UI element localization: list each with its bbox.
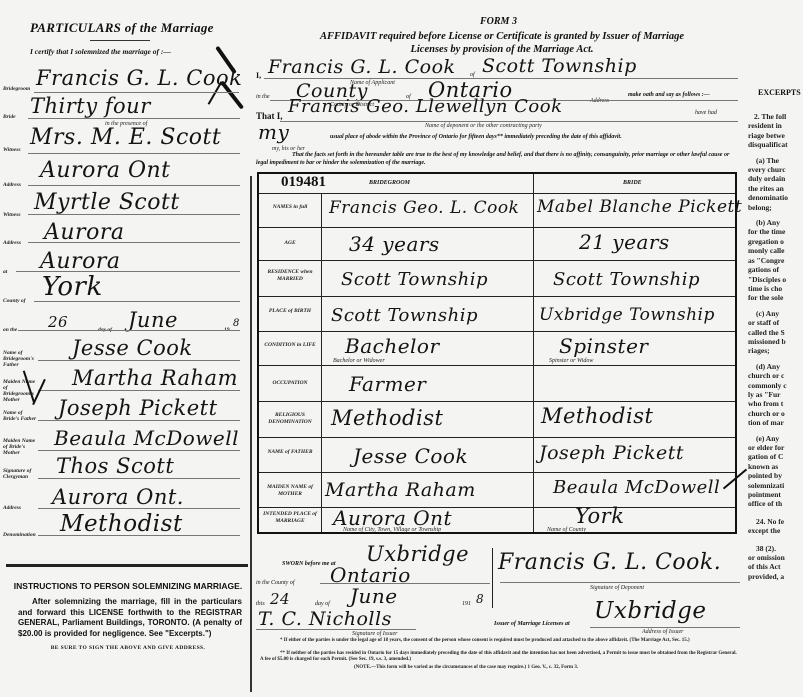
bride-father-value: Joseph Pickett <box>58 396 218 420</box>
excerpt-line: every churc <box>748 165 803 174</box>
issuer-signature: T. C. Nicholls <box>258 608 392 630</box>
bride-cell: Beaula McDowell <box>553 477 720 498</box>
bride-cell: York <box>575 504 624 528</box>
year-suffix: 8 <box>476 592 484 606</box>
clergyman-signature-value: Thos Scott <box>56 454 174 478</box>
label-at: at <box>3 269 37 275</box>
serial-number: 019481 <box>281 174 326 191</box>
excerpt-line: church or c <box>748 371 803 380</box>
excerpt-line: 2. The foll <box>748 112 803 121</box>
issuer-label: Issuer of Marriage Licenses at <box>494 621 570 627</box>
label-clergyman-address: Address <box>3 505 37 511</box>
excerpt-line: (a) The <box>748 156 803 165</box>
address-caption: Address <box>590 98 609 104</box>
excerpt-line: denominatio <box>748 193 803 202</box>
bride-age-value: Thirty four <box>30 94 151 118</box>
label-clergyman-signature: Signature of Clergyman <box>3 468 37 480</box>
issuer-address-value: Uxbridge <box>594 598 707 624</box>
table-row: NAME of FATHER Jesse Cook Joseph Pickett <box>259 437 735 472</box>
row-label: RESIDENCE when MARRIED <box>259 269 321 282</box>
excerpt-line: pointed by <box>748 471 803 480</box>
excerpt-line: gations of <box>748 265 803 274</box>
column-divider <box>250 176 252 692</box>
title-divider <box>90 40 150 41</box>
form-number: FORM 3 <box>480 16 517 27</box>
row-label: INTENDED PLACE of MARRIAGE <box>259 511 321 524</box>
footnote-2: ** If neither of the parties has resided… <box>260 651 740 664</box>
footnote-note: (NOTE.—This form will be varied as the c… <box>354 665 578 671</box>
excerpt-spacer <box>748 536 803 544</box>
bride-cell: Scott Township <box>553 269 700 290</box>
excerpt-line: of this Act <box>748 562 803 571</box>
table-row: CONDITION in LIFE Bachelor Spinster Bach… <box>259 331 735 365</box>
bride-caption: Spinster or Widow <box>549 358 593 364</box>
applicant-prefix: I, <box>256 71 261 80</box>
bride-cell: Joseph Pickett <box>539 442 684 464</box>
table-row: AGE 34 years 21 years <box>259 227 735 260</box>
table-row: INTENDED PLACE of MARRIAGE Aurora Ont Yo… <box>259 507 735 534</box>
year-value: 8 <box>233 318 240 329</box>
deponent-signature: Francis G. L. Cook. <box>498 550 721 575</box>
groom-cell: Scott Township <box>331 305 478 326</box>
particulars-title: PARTICULARS of the Marriage <box>30 20 214 36</box>
excerpts-title: EXCERPTS <box>758 88 801 97</box>
excerpt-line: known as <box>748 462 803 471</box>
applicant-address: Scott Township <box>482 55 637 77</box>
excerpt-line: or staff of <box>748 318 803 327</box>
groom-cell: Martha Raham <box>325 479 476 501</box>
deponent-name: Francis Geo. Llewellyn Cook <box>288 96 562 117</box>
excerpt-line: (c) Any <box>748 309 803 318</box>
column-header-bride: BRIDE <box>623 180 642 186</box>
applicant-name: Francis G. L. Cook <box>268 56 456 78</box>
denomination-value: Methodist <box>60 511 183 537</box>
oath-text: make oath and say as follows :— <box>628 92 710 98</box>
excerpt-line: time is cho <box>748 284 803 293</box>
label-witness-2: Witness <box>3 212 37 218</box>
excerpt-line: who from t <box>748 399 803 408</box>
excerpt-line: for the time <box>748 227 803 236</box>
certify-statement: I certify that I solemnized the marriage… <box>30 47 171 56</box>
excerpt-line: tion of mar <box>748 418 803 427</box>
year-prefix: 191 <box>462 601 471 607</box>
excerpt-line: the rites an <box>748 184 803 193</box>
label-bridegroom: Bridegroom <box>3 86 37 92</box>
excerpt-line: commonly c <box>748 381 803 390</box>
groom-cell: Bachelor <box>345 334 440 358</box>
label-bride-mother: Maiden Name of Bride's Mother <box>3 438 37 456</box>
excerpt-spacer <box>748 509 803 517</box>
brace-line <box>492 548 493 608</box>
excerpt-line: as "Congre <box>748 256 803 265</box>
instructions-body: After solemnizing the marriage, fill in … <box>8 597 248 639</box>
row-label: OCCUPATION <box>259 380 321 387</box>
excerpt-line: or elder for <box>748 443 803 452</box>
bride-mother-value: Beaula McDowell <box>54 426 239 450</box>
clergyman-address-value: Aurora Ont. <box>52 485 184 509</box>
day-of-label: day of <box>315 601 330 607</box>
issuer-address-caption: Address of Issuer <box>642 629 683 635</box>
sworn-day-value: 24 <box>270 590 290 608</box>
excerpt-line: ly as "Fur <box>748 390 803 399</box>
excerpt-line: gation of C <box>748 452 803 461</box>
groom-cell: Jesse Cook <box>353 444 468 468</box>
excerpt-line: duly ordain <box>748 174 803 183</box>
excerpt-line: missioned b <box>748 337 803 346</box>
groom-caption: Name of City, Town, Village or Township <box>343 527 441 533</box>
column-header-bridegroom: BRIDEGROOM <box>369 180 410 186</box>
issuer-signature-caption: Signature of Issuer <box>352 631 397 637</box>
sworn-month-value: June <box>350 584 398 608</box>
excerpt-line: belong; <box>748 203 803 212</box>
excerpt-line: office of th <box>748 499 803 508</box>
instructions-box: INSTRUCTIONS TO PERSON SOLEMNIZING MARRI… <box>8 567 248 651</box>
excerpt-line: riages; <box>748 346 803 355</box>
instructions-title: INSTRUCTIONS TO PERSON SOLEMNIZING MARRI… <box>8 581 248 591</box>
row-label: AGE <box>259 240 321 247</box>
excerpt-line: church or o <box>748 409 803 418</box>
bride-cell: Mabel Blanche Pickett <box>537 197 742 217</box>
sworn-label: SWORN before me at <box>282 561 336 567</box>
excerpt-line: or omission <box>748 553 803 562</box>
excerpt-line: riage betwe <box>748 131 803 140</box>
label-address-2: Address <box>3 240 37 246</box>
table-row: PLACE of BIRTH Scott Township Uxbridge T… <box>259 296 735 331</box>
row-label: NAME of FATHER <box>259 449 321 456</box>
label-bride-father: Name of Bride's Father <box>3 410 37 422</box>
county-value: York <box>42 272 103 302</box>
table-row: RELIGIOUS DENOMINATION Methodist Methodi… <box>259 401 735 437</box>
deponent-signature-caption: Signature of Deponent <box>590 585 644 591</box>
bride-caption: Name of County <box>547 527 586 533</box>
table-row: OCCUPATION Farmer <box>259 365 735 401</box>
excerpt-line: called the S <box>748 328 803 337</box>
excerpt-line: "Disciples o <box>748 275 803 284</box>
row-label: MAIDEN NAME of MOTHER <box>259 484 321 497</box>
groom-cell: Scott Township <box>341 269 488 290</box>
month-value: June <box>128 308 178 332</box>
excerpt-line: gregation o <box>748 237 803 246</box>
excerpt-line: except the <box>748 526 803 535</box>
bridegroom-value: Francis G. L. Cook <box>36 66 242 90</box>
deponent-caption: Name of deponent or the other contractin… <box>425 123 542 129</box>
row-label: CONDITION in LIFE <box>259 342 321 349</box>
have-had-text: have had <box>695 110 717 116</box>
sign-note: BE SURE TO SIGN THE ABOVE AND GIVE ADDRE… <box>8 645 248 651</box>
footnote-1: * If either of the parties is under the … <box>260 638 740 644</box>
excerpt-line: monly calle <box>748 246 803 255</box>
groom-cell: Francis Geo. L. Cook <box>329 198 519 218</box>
groom-cell: 34 years <box>349 232 440 256</box>
bride-cell: Spinster <box>559 334 648 358</box>
excerpt-line: pointment <box>748 490 803 499</box>
affidavit-title-line-1: AFFIDAVIT required before License or Cer… <box>262 30 742 43</box>
excerpt-line: 38 (2). <box>748 544 803 553</box>
label-denomination: Denomination <box>3 532 37 538</box>
excerpt-line: (d) Any <box>748 362 803 371</box>
groom-cell: Farmer <box>349 372 426 396</box>
table-row: RESIDENCE when MARRIED Scott Township Sc… <box>259 260 735 296</box>
abode-text: usual place of abode within the Province… <box>330 134 622 140</box>
excerpt-line: provided, a <box>748 572 803 581</box>
excerpt-line: solemnizati <box>748 481 803 490</box>
groom-cell: Methodist <box>331 406 443 430</box>
bride-cell: Uxbridge Township <box>539 305 715 325</box>
groom-mother-value: Martha Raham <box>72 366 238 390</box>
particulars-table: 019481 BRIDEGROOM BRIDE NAMES in full Fr… <box>257 172 737 534</box>
address-1-value: Aurora Ont <box>40 158 171 183</box>
county-label: in the County of <box>256 580 295 586</box>
row-label: RELIGIOUS DENOMINATION <box>259 412 321 425</box>
bride-cell: Methodist <box>541 404 653 428</box>
facts-text: That the facts set forth in the hereunde… <box>256 151 740 167</box>
excerpt-line: (b) Any <box>748 218 803 227</box>
bride-cell: 21 years <box>579 230 670 254</box>
excerpt-line: (e) Any <box>748 434 803 443</box>
affidavit-title: AFFIDAVIT required before License or Cer… <box>262 30 742 56</box>
table-row: NAMES in full Francis Geo. L. Cook Mabel… <box>259 193 735 227</box>
excerpt-line: disqualificat <box>748 140 803 149</box>
table-row: MAIDEN NAME of MOTHER Martha Raham Beaul… <box>259 472 735 507</box>
day-value: 26 <box>48 313 68 331</box>
in-the-label: in the <box>256 94 270 100</box>
this-label: this <box>256 601 265 607</box>
excerpts-column: 2. The foll resident in riage betwe disq… <box>748 112 803 581</box>
excerpt-line: for the sole <box>748 293 803 302</box>
excerpt-line: resident in <box>748 121 803 130</box>
row-label: PLACE of BIRTH <box>259 308 321 315</box>
witness-2-value: Myrtle Scott <box>34 190 180 215</box>
row-label: NAMES in full <box>259 204 321 211</box>
excerpt-line: 24. No fe <box>748 517 803 526</box>
label-groom-father: Name of Bridegroom's Father <box>3 350 37 368</box>
my-value: my <box>258 120 289 144</box>
witness-1-value: Mrs. M. E. Scott <box>30 125 221 150</box>
label-county: County of <box>3 298 37 304</box>
groom-father-value: Jesse Cook <box>72 336 193 360</box>
groom-caption: Bachelor or Widower <box>333 358 385 364</box>
